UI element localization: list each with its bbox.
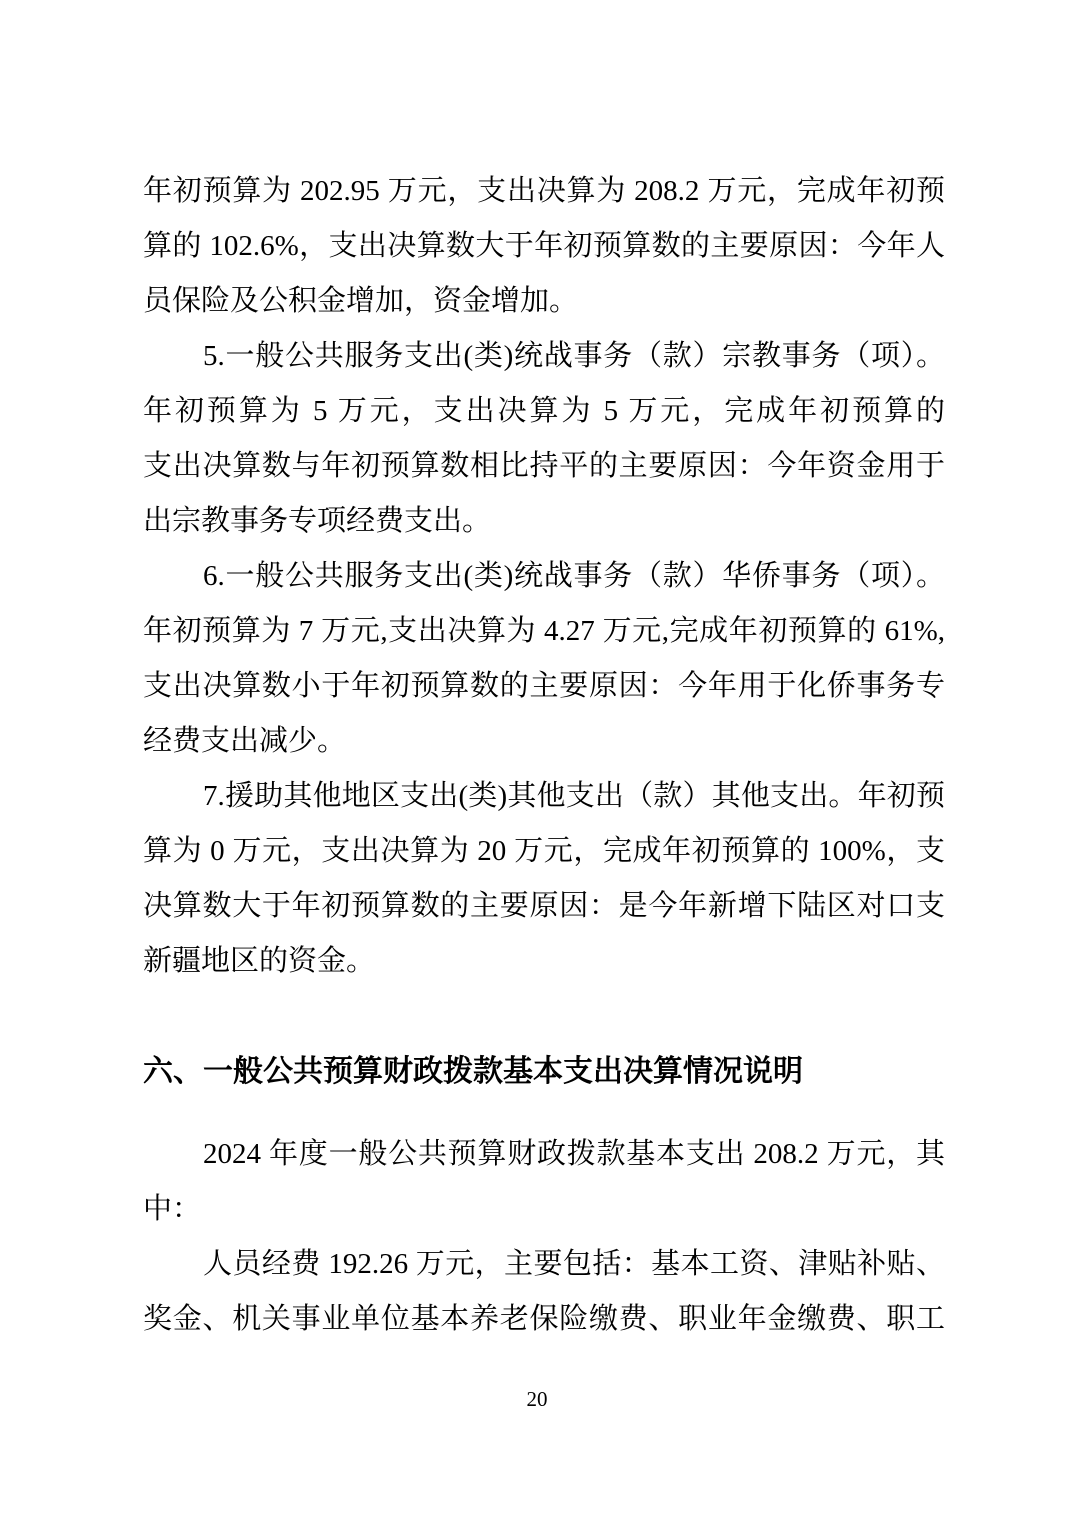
text-line: 5.一般公共服务支出(类)统战事务（款）宗教事务（项）。 [143, 329, 945, 384]
text-line: 支出决算数小于年初预算数的主要原因：今年用于化侨事务专项 [143, 659, 945, 714]
text-line: 2024 年度一般公共预算财政拨款基本支出 208.2 万元，其 [143, 1127, 945, 1182]
text-line: 算为 0 万元，支出决算为 20 万元，完成年初预算的 100%，支出 [143, 824, 945, 879]
text-line: 奖金、机关事业单位基本养老保险缴费、职业年金缴费、职工基 [143, 1292, 945, 1347]
section-heading: 六、一般公共预算财政拨款基本支出决算情况说明 [143, 1044, 945, 1099]
text-line: 年初预算为 7 万元,支出决算为 4.27 万元,完成年初预算的 61%, [143, 604, 945, 659]
text-line: 算的 102.6%，支出决算数大于年初预算数的主要原因：今年人 [143, 219, 945, 274]
text-line: 年初预算为 5 万元，支出决算为 5 万元，完成年初预算的 100%, [143, 384, 945, 439]
text-line: 人员经费 192.26 万元，主要包括：基本工资、津贴补贴、 [143, 1237, 945, 1292]
text-line: 7.援助其他地区支出(类)其他支出（款）其他支出。年初预 [143, 769, 945, 824]
text-line: 6.一般公共服务支出(类)统战事务（款）华侨事务（项）。 [143, 549, 945, 604]
document-body: 年初预算为 202.95 万元，支出决算为 208.2 万元，完成年初预算的 1… [143, 164, 945, 1347]
text-line: 新疆地区的资金。 [143, 934, 945, 989]
document-page: 年初预算为 202.95 万元，支出决算为 208.2 万元，完成年初预算的 1… [0, 0, 1074, 1520]
text-line: 经费支出减少。 [143, 714, 945, 769]
text-line: 出宗教事务专项经费支出。 [143, 494, 945, 549]
text-line: 中： [143, 1182, 945, 1237]
text-line: 员保险及公积金增加，资金增加。 [143, 274, 945, 329]
page-number: 20 [0, 1386, 1074, 1412]
text-line: 年初预算为 202.95 万元，支出决算为 208.2 万元，完成年初预 [143, 164, 945, 219]
text-line: 支出决算数与年初预算数相比持平的主要原因：今年资金用于支 [143, 439, 945, 494]
text-line: 决算数大于年初预算数的主要原因：是今年新增下陆区对口支援 [143, 879, 945, 934]
